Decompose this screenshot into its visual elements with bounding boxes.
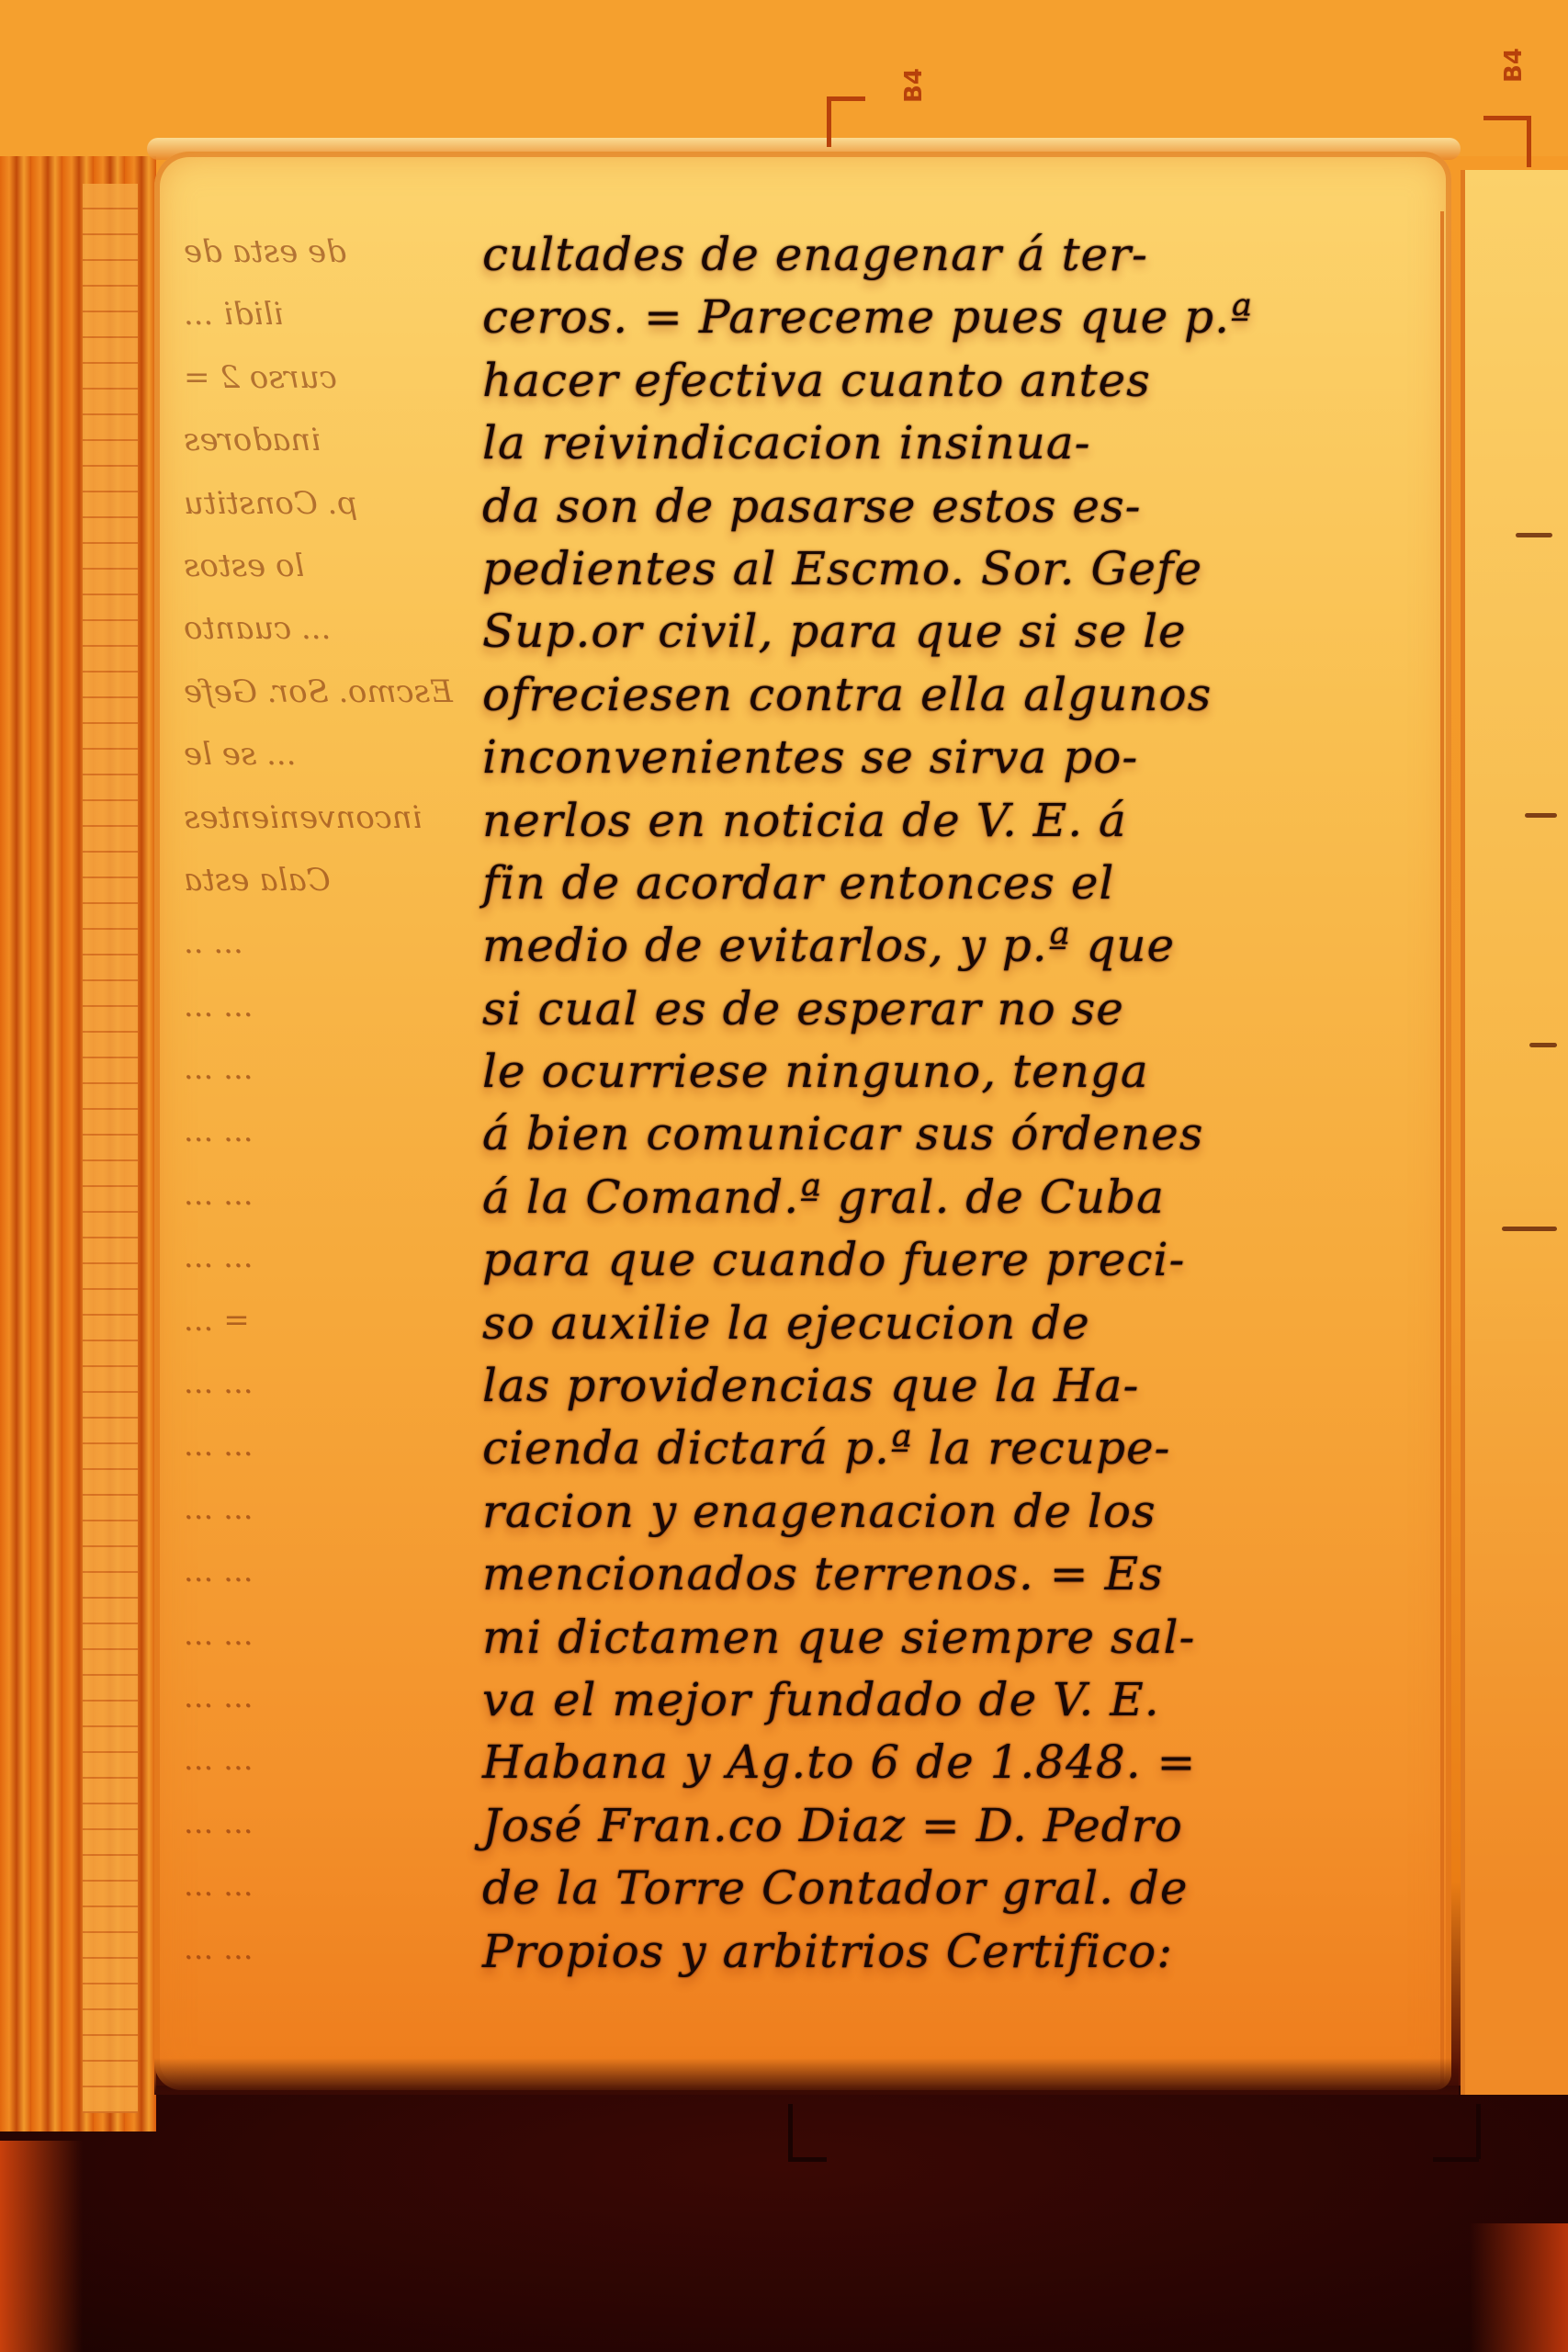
bleed-line: ... ... (184, 1728, 496, 1791)
manuscript-line: ofreciesen contra ella algunos (482, 665, 1419, 728)
background-bottom (0, 2086, 1568, 2352)
bleed-line: ... ... (184, 1666, 496, 1728)
background-top (0, 0, 1568, 156)
manuscript-line: á bien comunicar sus órdenes (482, 1104, 1419, 1167)
bleed-line: ... ... (184, 1037, 496, 1100)
bleed-line: ... ... (184, 1792, 496, 1854)
manuscript-line: de la Torre Contador gral. de (482, 1859, 1419, 1921)
facing-page-ink-mark (1516, 533, 1552, 537)
bleed-line: ... ... (184, 1100, 496, 1162)
bleed-line: = ... (184, 1289, 496, 1351)
manuscript-line: á la Comand.ª gral. de Cuba (482, 1168, 1419, 1230)
manuscript-line: mi dictamen que siempre sal- (482, 1608, 1419, 1670)
manuscript-line: da son de pasarse estos es- (482, 477, 1419, 539)
bleed-line: inadores (184, 409, 496, 471)
facing-page (1461, 170, 1568, 2095)
manuscript-line: Habana y Ag.to 6 de 1.848. = (482, 1733, 1419, 1795)
manuscript-line: medio de evitarlos, y p.ª que (482, 916, 1419, 978)
manuscript-line: la reivindicacion insinua- (482, 413, 1419, 476)
b4-label: B4 (1500, 48, 1528, 83)
facing-page-ink-mark (1502, 1227, 1557, 1231)
bleed-line: Escmo. Sor. Gefe (184, 661, 496, 723)
bleed-line: ... ... (184, 1351, 496, 1414)
bleed-through-text: de esta de ilidi ... curso 2 = inadores … (184, 220, 496, 1980)
bleed-line: ... ... (184, 1163, 496, 1226)
bleed-line: lo estos (184, 535, 496, 597)
manuscript-line: pedientes al Escmo. Sor. Gefe (482, 539, 1419, 602)
manuscript-line: va el mejor fundado de V. E. (482, 1670, 1419, 1733)
bleed-line: ... ... (184, 1540, 496, 1602)
bleed-line: ... ... (184, 1414, 496, 1476)
manuscript-line: nerlos en noticia de V. E. á (482, 791, 1419, 854)
facing-page-ink-mark (1529, 1043, 1557, 1047)
bleed-line: curso 2 = (184, 346, 496, 409)
manuscript-line: cienda dictará p.ª la recupe- (482, 1419, 1419, 1481)
manuscript-line: las providencias que la Ha- (482, 1356, 1419, 1419)
manuscript-line: ceros. = Pareceme pues que p.ª (482, 288, 1419, 350)
manuscript-line: le ocurriese ninguno, tenga (482, 1042, 1419, 1104)
manuscript-line: fin de acordar entonces el (482, 854, 1419, 916)
bleed-line: ... ... (184, 1917, 496, 1980)
manuscript-text: cultades de enagenar á ter- ceros. = Par… (482, 225, 1419, 1984)
background-glow-right (1470, 2223, 1568, 2352)
facing-page-ink-mark (1525, 813, 1557, 818)
manuscript-line: si cual es de esperar no se (482, 979, 1419, 1042)
manuscript-line: Propios y arbitrios Certifico: (482, 1922, 1419, 1984)
manuscript-line: José Fran.co Diaz = D. Pedro (482, 1796, 1419, 1859)
bleed-line: ilidi ... (184, 283, 496, 345)
bleed-line: ... ... (184, 1854, 496, 1917)
manuscript-line: racion y enagenacion de los (482, 1482, 1419, 1544)
bleed-line: ... ... (184, 975, 496, 1037)
manuscript-line: para que cuando fuere preci- (482, 1230, 1419, 1293)
bleed-line: ... ... (184, 1603, 496, 1666)
manuscript-line: so auxilie la ejecucion de (482, 1294, 1419, 1356)
manuscript-line: cultades de enagenar á ter- (482, 225, 1419, 288)
bleed-line: ... se le (184, 723, 496, 786)
bleed-line: p. Constitu (184, 472, 496, 535)
bleed-line: de esta de (184, 220, 496, 283)
manuscript-line: mencionados terrenos. = Es (482, 1544, 1419, 1607)
manuscript-line: Sup.or civil, para que si se le (482, 602, 1419, 664)
bleed-line: ... ... (184, 1226, 496, 1288)
measuring-ruler (83, 184, 138, 2113)
page-bottom-shadow (154, 2058, 1459, 2095)
manuscript-line: hacer efectiva cuanto antes (482, 351, 1419, 413)
bleed-line: ... .. (184, 911, 496, 974)
manuscript-line: inconvenientes se sirva po- (482, 728, 1419, 790)
bleed-line: ... ... (184, 1477, 496, 1540)
bleed-line: Cala esta (184, 849, 496, 911)
bleed-line: inconvenientes (184, 786, 496, 849)
background-glow-left (0, 2141, 83, 2352)
bleed-line: ... cuanto (184, 597, 496, 660)
b4-label: B4 (900, 68, 928, 103)
page-gutter-edge (1440, 211, 1444, 2086)
